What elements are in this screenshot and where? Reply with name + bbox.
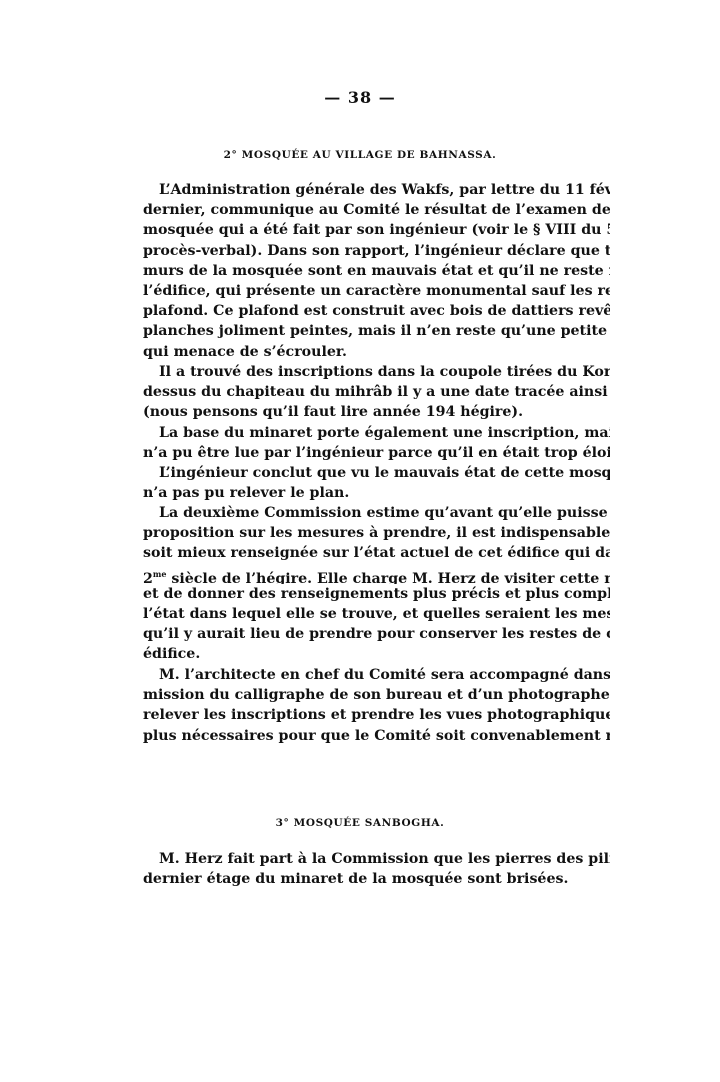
text-line: soit mieux renseignée sur l’état actuel … (143, 543, 610, 563)
text-line: La deuxième Commission estime qu’avant q… (143, 503, 610, 523)
paragraph-minaret-base: La base du minaret porte également une i… (143, 423, 610, 463)
paragraph-chief-architect: M. l’architecte en chef du Comité sera a… (143, 665, 610, 746)
text-line: dernier, communique au Comité le résulta… (143, 200, 610, 220)
text-line: l’édifice, qui présente un caractère mon… (143, 281, 610, 301)
paragraph-engineer-conclusion: L’ingénieur conclut que vu le mauvais ét… (143, 463, 610, 503)
text-line: plus nécessaires pour que le Comité soit… (143, 726, 610, 746)
text-line: plafond. Ce plafond est construit avec b… (143, 301, 610, 321)
text-line: n’a pu être lue par l’ingénieur parce qu… (143, 443, 610, 463)
text-line: mission du calligraphe de son bureau et … (143, 685, 610, 705)
ordinal-number: 2 (143, 571, 153, 584)
text-line: L’Administration générale des Wakfs, par… (143, 180, 610, 200)
text-line: M. l’architecte en chef du Comité sera a… (143, 665, 610, 685)
ordinal-superscript: me (153, 569, 167, 579)
paragraph-wakfs-letter: L’Administration générale des Wakfs, par… (143, 180, 610, 362)
text-line: qu’il y aurait lieu de prendre pour cons… (143, 624, 610, 644)
text-line: procès-verbal). Dans son rapport, l’ingé… (143, 241, 610, 261)
text-line: dernier étage du minaret de la mosquée s… (143, 869, 610, 889)
page-number: — 38 — (0, 88, 720, 107)
text-line: n’a pas pu relever le plan. (143, 483, 610, 503)
text-line: planches joliment peintes, mais il n’en … (143, 321, 610, 341)
text-line-with-ordinal: 2me siècle de l’hégire. Elle charge M. H… (143, 564, 610, 584)
text-line: proposition sur les mesures à prendre, i… (143, 523, 610, 543)
section-heading-bahnassa: 2° MOSQUÉE AU VILLAGE DE BAHNASSA. (0, 149, 720, 161)
text-line: La base du minaret porte également une i… (143, 423, 610, 443)
text-line: M. Herz fait part à la Commission que le… (143, 849, 610, 869)
text-line: mosquée qui a été fait par son ingénieur… (143, 220, 610, 240)
document-page: — 38 — 2° MOSQUÉE AU VILLAGE DE BAHNASSA… (0, 0, 720, 1082)
text-line: Il a trouvé des inscriptions dans la cou… (143, 362, 610, 382)
text-line: murs de la mosquée sont en mauvais état … (143, 261, 610, 281)
text-line: et de donner des renseignements plus pré… (143, 584, 610, 604)
text-line: qui menace de s’écrouler. (143, 342, 610, 362)
section-heading-sanbogha: 3° MOSQUÉE SANBOGHA. (0, 817, 720, 829)
text-segment: siècle de l’hégire. Elle charge M. Herz … (171, 571, 610, 584)
text-line: édifice. (143, 644, 610, 664)
text-line: relever les inscriptions et prendre les … (143, 705, 610, 725)
paragraph-second-commission: La deuxième Commission estime qu’avant q… (143, 503, 610, 665)
paragraph-inscriptions: Il a trouvé des inscriptions dans la cou… (143, 362, 610, 423)
text-line: l’état dans lequel elle se trouve, et qu… (143, 604, 610, 624)
text-segment: dessus du chapiteau du mihrâb il y a une… (143, 384, 610, 400)
paragraph-herz-report: M. Herz fait part à la Commission que le… (143, 849, 610, 889)
text-line-with-arabic: dessus du chapiteau du mihrâb il y a une… (143, 382, 610, 402)
text-line: (nous pensons qu’il faut lire année 194 … (143, 402, 610, 422)
text-line: L’ingénieur conclut que vu le mauvais ét… (143, 463, 610, 483)
